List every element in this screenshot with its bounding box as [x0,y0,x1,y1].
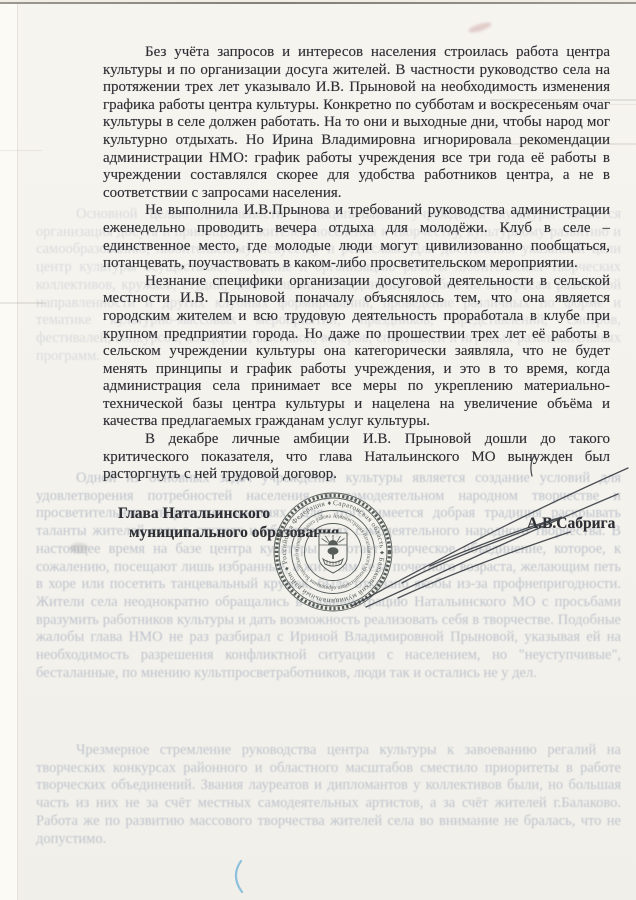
blue-pen-mark [230,858,246,896]
scanner-edge-strip [0,4,18,900]
bleedthrough-paragraph: Чрезмерное стремление руководства центра… [36,742,621,848]
bleedthrough-text-bottom: Чрезмерное стремление руководства центра… [36,742,621,848]
scan-artifact-line [490,99,636,101]
scan-artifact-line [500,143,636,145]
scan-artifact-line [520,104,636,105]
scan-artifact-line [0,150,42,151]
signer-title-line1: Глава Натальинского [118,505,270,523]
scanner-edge-line [0,2,636,4]
gray-smudge [70,543,88,553]
signature-ink [330,440,636,620]
paragraph-2: Не выполнила И.В.Прынова и требований ру… [103,202,610,272]
paragraph-3: Незнание специфики организации досуговой… [103,273,610,431]
document-body: Без учёта запросов и интересов населения… [103,44,610,484]
scan-artifact-line [0,302,46,304]
paragraph-1: Без учёта запросов и интересов населения… [103,44,610,202]
